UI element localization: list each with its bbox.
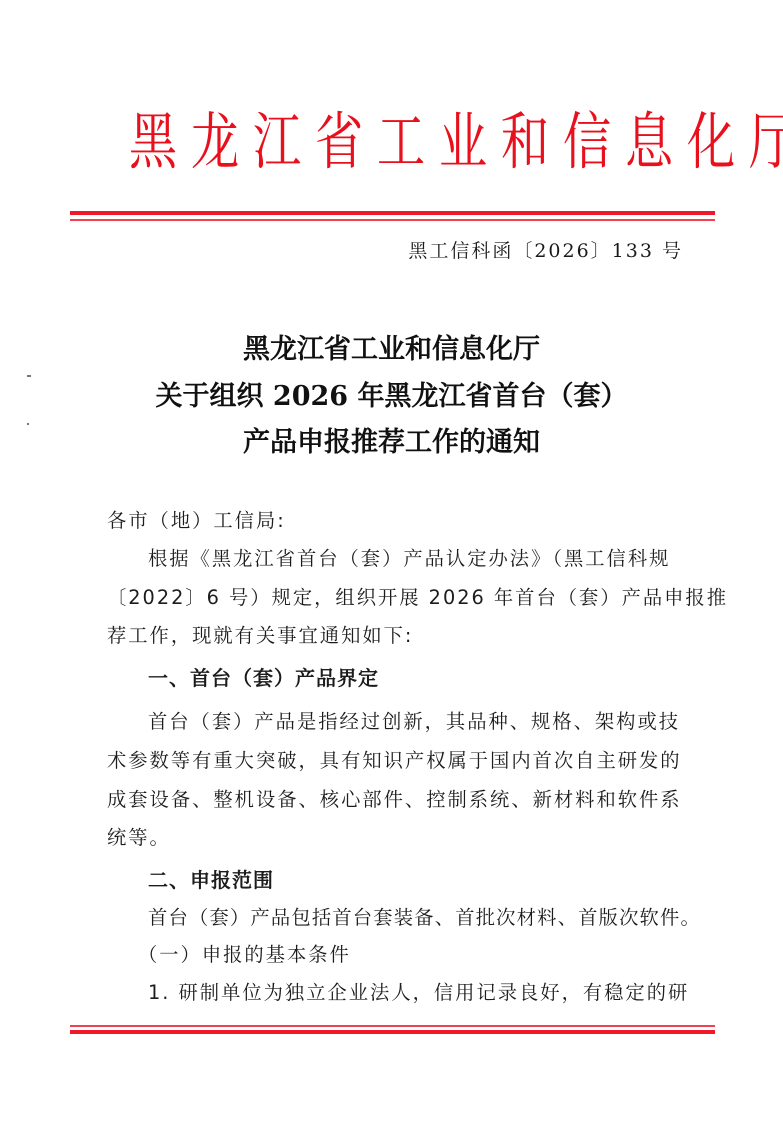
letterhead-char: 工: [377, 106, 425, 178]
section-1-heading: 一、首台（套）产品界定: [148, 665, 379, 691]
letterhead-char: 息: [625, 106, 673, 178]
letterhead-char: 龙: [191, 106, 239, 178]
intro-line-2: 〔2022〕6 号）规定，组织开展 2026 年首台（套）产品申报推: [107, 585, 728, 611]
section-1-line-3: 成套设备、整机设备、核心部件、控制系统、新材料和软件系: [107, 787, 682, 813]
section-1-line-1: 首台（套）产品是指经过创新，其品种、规格、架构或技: [148, 709, 680, 735]
intro-line-3: 荐工作，现就有关事宜通知如下:: [107, 623, 413, 649]
letterhead-char: 黑: [129, 106, 177, 178]
section-1-line-4: 统等。: [107, 825, 171, 851]
salutation: 各市（地）工信局:: [107, 508, 286, 534]
section-2-item-1: 1. 研制单位为独立企业法人，信用记录良好，有稳定的研: [148, 980, 689, 1006]
section-1-line-2: 术参数等有重大突破，具有知识产权属于国内首次自主研发的: [107, 748, 682, 774]
document-title-line-1: 黑龙江省工业和信息化厅: [0, 333, 783, 367]
footer-divider-thin: [70, 1025, 715, 1027]
document-title-line-2: 关于组织 2026 年黑龙江省首台（套）: [0, 380, 783, 414]
letterhead-divider-thin: [70, 219, 715, 221]
letterhead-char: 省: [315, 106, 363, 178]
scan-speck: [27, 375, 31, 377]
letterhead-char: 业: [439, 106, 487, 178]
letterhead-divider-thick: [70, 211, 715, 215]
letterhead-char: 化: [687, 106, 735, 178]
scan-speck: [27, 423, 29, 425]
letterhead-char: 和: [501, 106, 549, 178]
document-title-line-3: 产品申报推荐工作的通知: [0, 426, 783, 460]
section-2-subheading: （一）申报的基本条件: [138, 942, 351, 968]
letterhead-organization-name: 黑 龙 江 省 工 业 和 信 息 化 厅: [122, 106, 663, 178]
document-number: 黑工信科函〔2026〕133 号: [408, 239, 683, 263]
letterhead-char: 江: [253, 106, 301, 178]
section-2-line-1: 首台（套）产品包括首台套装备、首批次材料、首版次软件。: [148, 905, 701, 931]
intro-line-1: 根据《黑龙江省首台（套）产品认定办法》（黑工信科规: [148, 546, 670, 572]
footer-divider-thick: [70, 1030, 715, 1034]
section-2-heading: 二、申报范围: [148, 867, 274, 893]
letterhead-char: 厅: [749, 106, 783, 178]
letterhead-char: 信: [563, 106, 611, 178]
